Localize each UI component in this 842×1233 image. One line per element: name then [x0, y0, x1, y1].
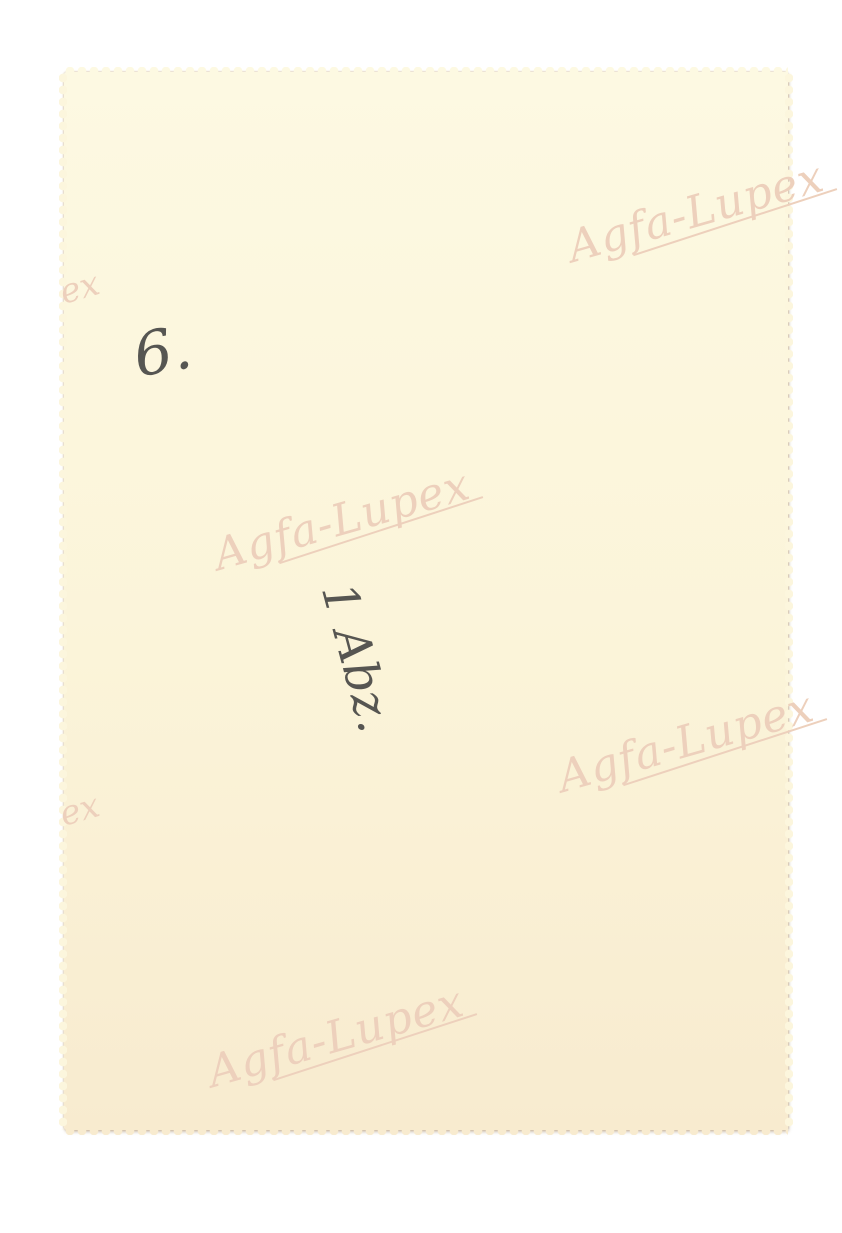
- deckled-edge-left: [59, 72, 67, 1130]
- deckled-edge-top: [64, 67, 788, 75]
- brand-watermark: Agfa-Lupex: [552, 681, 820, 803]
- brand-watermark: Agfa-Lupex: [208, 459, 476, 581]
- brand-watermark: Agfa-Lupex: [202, 976, 470, 1098]
- deckled-edge-bottom: [64, 1127, 788, 1135]
- deckled-edge-right: [785, 72, 793, 1130]
- photo-card-back: ex ex Agfa-Lupex Agfa-Lupex Agfa-Lupex A…: [64, 72, 788, 1130]
- handwritten-number: 6.: [128, 313, 197, 392]
- handwritten-note: 1 Abz.: [310, 577, 403, 738]
